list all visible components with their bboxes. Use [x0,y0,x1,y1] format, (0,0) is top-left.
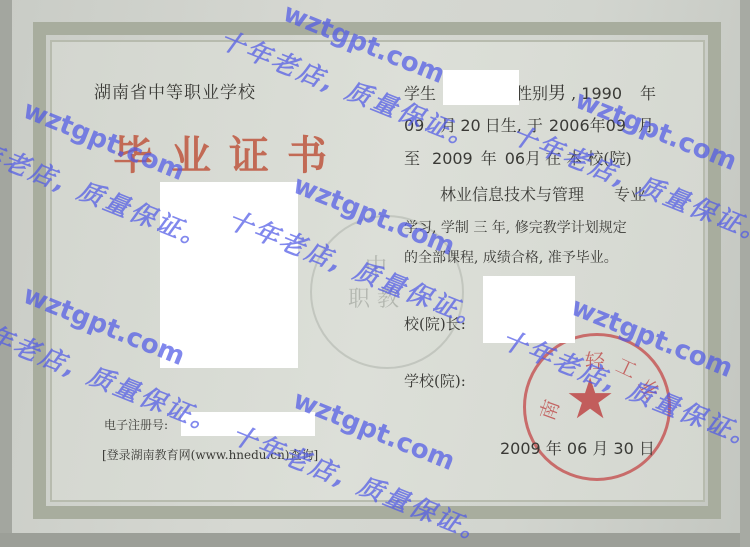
to-char: 至 [404,149,420,168]
school-label: 学校(院): [404,370,466,391]
issuer-name: 湖南省中等职业学校 [94,78,256,103]
gender-value: 男 [548,83,566,104]
gender-label: 性别 [516,84,548,103]
year-char: 年 [481,149,497,168]
student-name-redacted [443,70,519,105]
table-surface-bottom [0,533,750,547]
table-surface-left [0,0,12,547]
major-name: 林业信息技术与管理 [440,185,584,204]
year-char: 年 [640,84,656,103]
issue-date: 2009 年 06 月 30 日 [500,436,655,459]
table-surface-right [740,0,750,547]
